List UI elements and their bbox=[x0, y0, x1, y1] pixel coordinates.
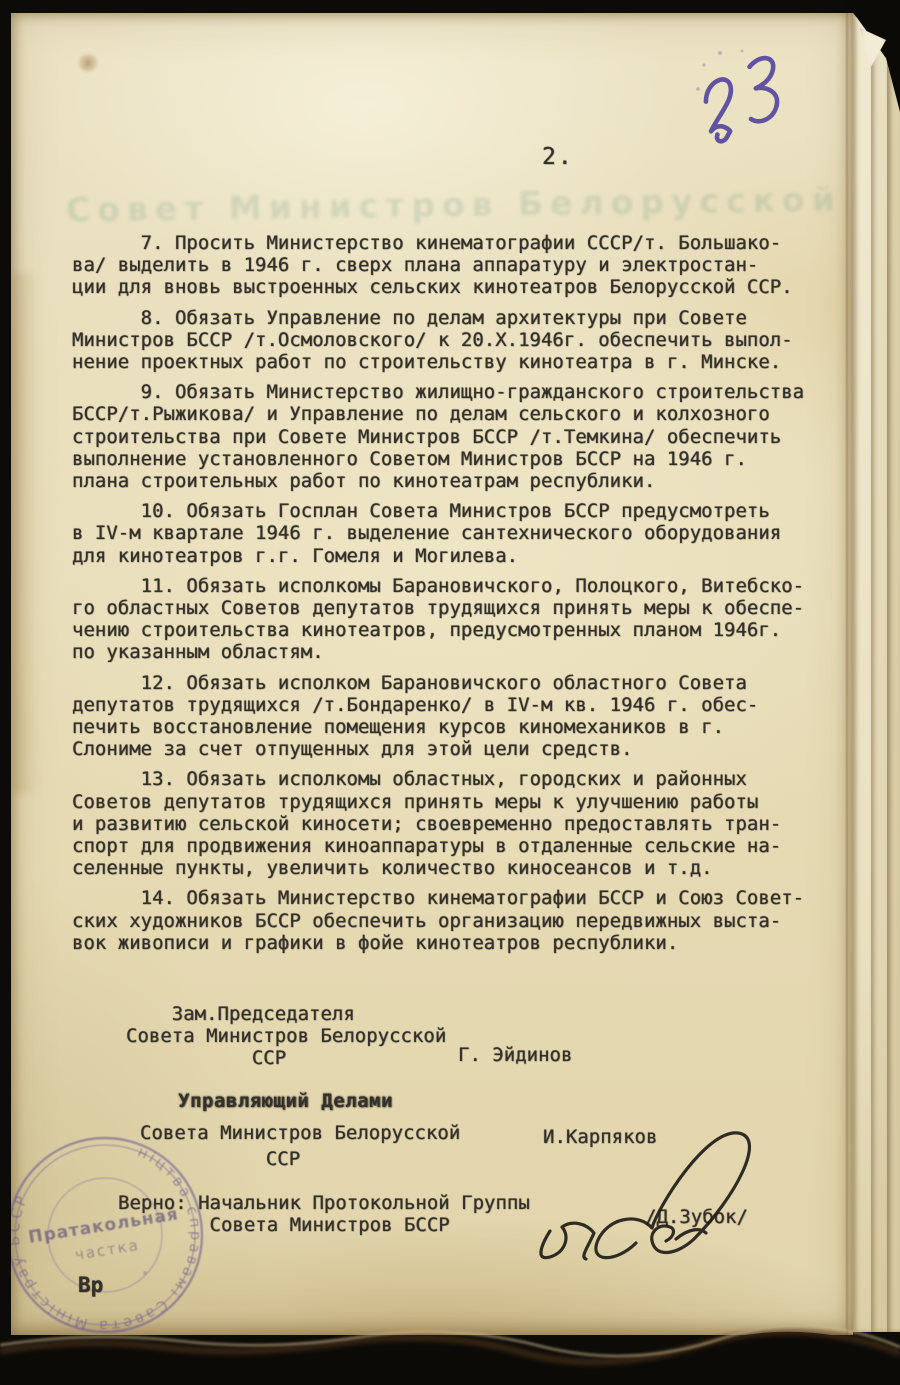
page-edge-strip-1 bbox=[853, 6, 871, 1332]
round-stamp: ніцтва справамі Савета Міністраў БССР Пр… bbox=[11, 1123, 235, 1335]
paragraph-11: 11. Обязать исполкомы Барановичского, По… bbox=[72, 575, 853, 664]
paragraph-7: 7. Просить Министерство кинематографии С… bbox=[72, 232, 853, 299]
scanned-document: { "document": { "page_number": "2.", "ha… bbox=[0, 0, 900, 1385]
ghost-bleed-text: Совет Министров Белорусской ССР bbox=[66, 180, 846, 230]
torn-bottom-edge bbox=[0, 1305, 900, 1385]
page-edge-strip-2 bbox=[871, 6, 887, 1332]
paragraph-13: 13. Обязать исполкомы областных, городск… bbox=[72, 768, 853, 879]
decree-body: 7. Просить Министерство кинематографии С… bbox=[72, 232, 853, 962]
page-edge-strip-3 bbox=[887, 6, 900, 1332]
folio-digit-2 bbox=[704, 79, 736, 143]
marginal-mark: Вр bbox=[78, 1274, 103, 1296]
paragraph-12: 12. Обязать исполком Барановичского обла… bbox=[72, 672, 853, 761]
handwritten-signature bbox=[516, 1111, 816, 1276]
deputy-chair-name: Г. Эйдинов bbox=[458, 1044, 572, 1066]
paragraph-8: 8. Обязать Управление по делам архитекту… bbox=[72, 307, 853, 374]
paper-stain bbox=[77, 54, 99, 72]
paper-sheet: Совет Министров Белорусской ССР 2. 7. Пр… bbox=[11, 13, 853, 1335]
folio-digit-3 bbox=[745, 57, 779, 122]
manager-title-line1: Управляющий Делами bbox=[178, 1090, 393, 1112]
paragraph-9: 9. Обязать Министерство жилищно-гражданс… bbox=[72, 381, 853, 492]
deputy-chair-title: Зам.Председателя Совета Министров Белору… bbox=[126, 1003, 446, 1070]
paper-stain-streak bbox=[13, 273, 39, 793]
stamp-center-line2: частка bbox=[74, 1236, 141, 1264]
paragraph-10: 10. Обязать Госплан Совета Министров БСС… bbox=[72, 500, 853, 567]
handwritten-folio-number bbox=[690, 45, 810, 155]
folio-ink-specks bbox=[696, 50, 743, 91]
paragraph-14: 14. Обязать Министерство кинематографии … bbox=[72, 887, 853, 954]
page-number: 2. bbox=[542, 146, 574, 168]
